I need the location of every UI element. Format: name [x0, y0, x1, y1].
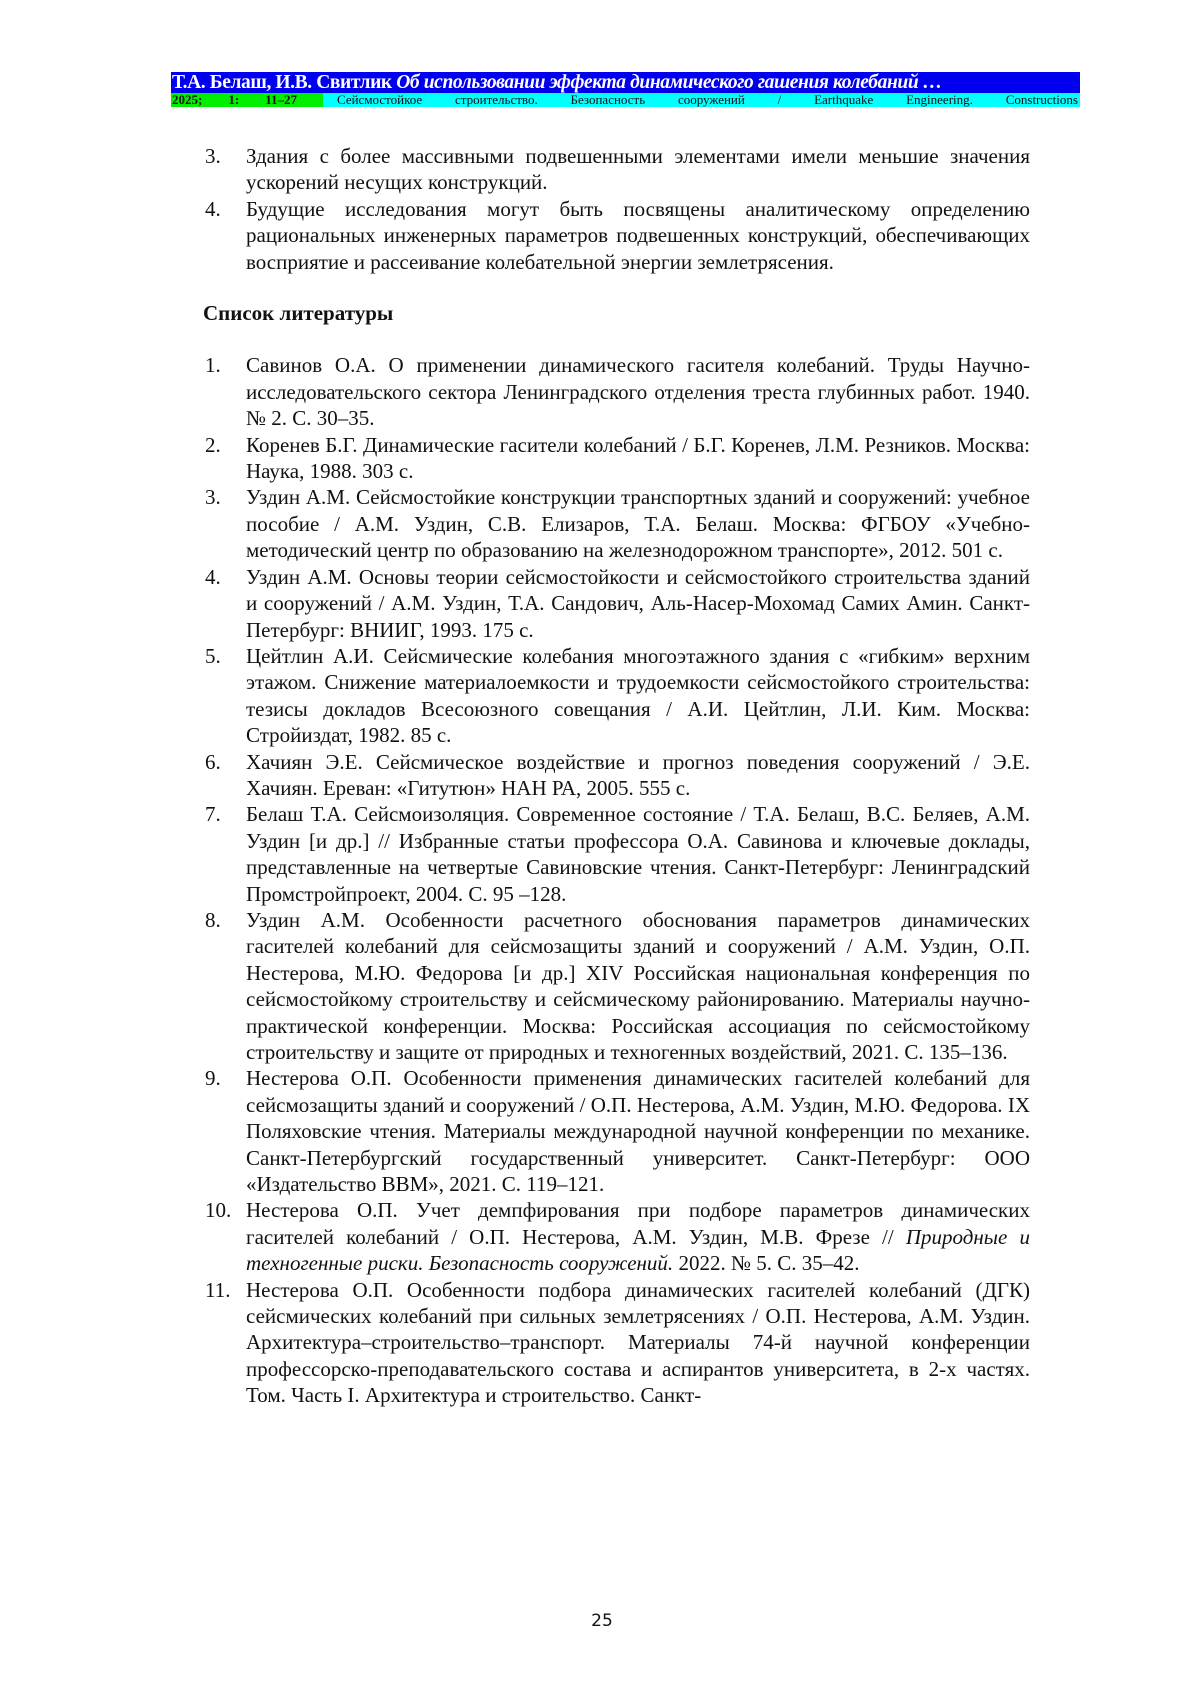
item-text: Коренев Б.Г. Динамические гасители колеб…: [246, 432, 1030, 485]
header-title-bar: Т.А. Белаш, И.В. Свитлик Об использовани…: [171, 72, 1080, 93]
list-item: 3. Здания с более массивными подвешенным…: [205, 143, 1030, 196]
item-number: 8.: [205, 907, 246, 1065]
item-number: 10.: [205, 1197, 246, 1276]
item-text: Нестерова О.П. Особенности подбора динам…: [246, 1277, 1030, 1409]
item-number: 11.: [205, 1277, 246, 1409]
item-text: Белаш Т.А. Сейсмоизоляция. Современное с…: [246, 801, 1030, 907]
item-number: 4.: [205, 564, 246, 643]
item-number: 6.: [205, 749, 246, 802]
reference-item: 7. Белаш Т.А. Сейсмоизоляция. Современно…: [205, 801, 1030, 907]
header-issue: 2025; 1: 11–27: [171, 93, 323, 107]
page-number: 25: [0, 1611, 1200, 1631]
issue-number: 1:: [228, 93, 239, 107]
item-number: 5.: [205, 643, 246, 749]
journal-word: Constructions: [1006, 93, 1078, 107]
item-number: 9.: [205, 1065, 246, 1197]
reference-item: 6. Хачиян Э.Е. Сейсмическое воздействие …: [205, 749, 1030, 802]
ref-text-after: 2022. № 5. С. 35–42.: [673, 1251, 859, 1275]
item-text: Хачиян Э.Е. Сейсмическое воздействие и п…: [246, 749, 1030, 802]
reference-item: 3. Уздин А.М. Сейсмостойкие конструкции …: [205, 484, 1030, 563]
references-list: 1. Савинов О.А. О применении динамическо…: [205, 352, 1030, 1408]
journal-word: Сейсмостойкое: [337, 93, 422, 107]
header-authors: Т.А. Белаш, И.В. Свитлик: [172, 72, 392, 93]
journal-word: Engineering.: [906, 93, 973, 107]
page-content: 3. Здания с более массивными подвешенным…: [205, 143, 1030, 1409]
item-number: 2.: [205, 432, 246, 485]
journal-word: /: [778, 93, 782, 107]
journal-word: Earthquake: [814, 93, 873, 107]
reference-item: 1. Савинов О.А. О применении динамическо…: [205, 352, 1030, 431]
item-number: 3.: [205, 484, 246, 563]
journal-word: сооружений: [678, 93, 745, 107]
item-number: 4.: [205, 196, 246, 275]
item-number: 1.: [205, 352, 246, 431]
journal-word: Безопасность: [571, 93, 646, 107]
item-text: Савинов О.А. О применении динамического …: [246, 352, 1030, 431]
reference-item: 5. Цейтлин А.И. Сейсмические колебания м…: [205, 643, 1030, 749]
item-text: Нестерова О.П. Учет демпфирования при по…: [246, 1197, 1030, 1276]
reference-item: 9. Нестерова О.П. Особенности применения…: [205, 1065, 1030, 1197]
item-number: 7.: [205, 801, 246, 907]
header-journal-name: Сейсмостойкое строительство. Безопасност…: [323, 93, 1080, 107]
item-number: 3.: [205, 143, 246, 196]
issue-year: 2025;: [172, 93, 202, 107]
reference-item: 4. Уздин А.М. Основы теории сейсмостойко…: [205, 564, 1030, 643]
item-text: Нестерова О.П. Особенности применения ди…: [246, 1065, 1030, 1197]
item-text: Цейтлин А.И. Сейсмические колебания мног…: [246, 643, 1030, 749]
header-journal-bar: 2025; 1: 11–27 Сейсмостойкое строительст…: [171, 93, 1080, 107]
conclusions-list: 3. Здания с более массивными подвешенным…: [205, 143, 1030, 275]
reference-item: 11. Нестерова О.П. Особенности подбора д…: [205, 1277, 1030, 1409]
references-heading: Список литературы: [203, 300, 1028, 326]
issue-pages: 11–27: [265, 93, 297, 107]
reference-item: 2. Коренев Б.Г. Динамические гасители ко…: [205, 432, 1030, 485]
journal-word: строительство.: [455, 93, 538, 107]
item-text: Уздин А.М. Особенности расчетного обосно…: [246, 907, 1030, 1065]
item-text: Здания с более массивными подвешенными э…: [246, 143, 1030, 196]
item-text: Уздин А.М. Основы теории сейсмостойкости…: [246, 564, 1030, 643]
running-header: Т.А. Белаш, И.В. Свитлик Об использовани…: [171, 72, 1080, 107]
item-text: Уздин А.М. Сейсмостойкие конструкции тра…: [246, 484, 1030, 563]
list-item: 4. Будущие исследования могут быть посвя…: [205, 196, 1030, 275]
reference-item: 8. Уздин А.М. Особенности расчетного обо…: [205, 907, 1030, 1065]
item-text: Будущие исследования могут быть посвящен…: [246, 196, 1030, 275]
header-article-title: Об использовании эффекта динамического г…: [396, 72, 942, 93]
reference-item: 10. Нестерова О.П. Учет демпфирования пр…: [205, 1197, 1030, 1276]
